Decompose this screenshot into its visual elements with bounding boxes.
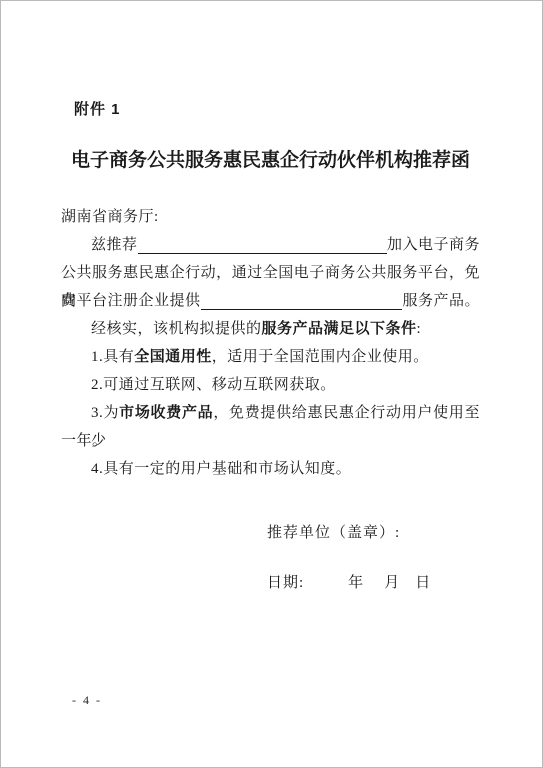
- signature-unit-label: 推荐单位（盖章）:: [267, 519, 400, 547]
- provide-tail-text: 服务产品。: [402, 287, 480, 315]
- condition-item-2: 2.可通过互联网、移动互联网获取。: [61, 371, 480, 399]
- condition-item-3-continuation: 一年。: [61, 427, 480, 455]
- recommend-tail-text: 加入电子商务: [387, 231, 480, 259]
- item1-pre-text: 1.具有: [91, 349, 134, 365]
- date-month-label: 月: [384, 575, 400, 591]
- salutation: 湖南省商务厅:: [61, 203, 480, 231]
- condition-item-1: 1.具有全国通用性，适用于全国范围内企业使用。: [61, 343, 480, 371]
- item1-post-text: ，适用于全国范围内企业使用。: [212, 349, 429, 365]
- document-title: 电子商务公共服务惠民惠企行动伙伴机构推荐函: [61, 147, 480, 175]
- condition-item-3: 3.为市场收费产品，免费提供给惠民惠企行动用户使用至少: [61, 399, 480, 427]
- fill-in-blank-institution: [138, 231, 387, 254]
- document-page: 附件 1 电子商务公共服务惠民惠企行动伙伴机构推荐函 湖南省商务厅: 兹推荐加入…: [0, 0, 543, 768]
- item3-bold-text: 市场收费产品: [119, 404, 213, 421]
- verify-intro-text: 经核实，该机构拟提供的: [91, 321, 262, 337]
- condition-item-4: 4.具有一定的用户基础和市场认知度。: [61, 455, 480, 483]
- paragraph1-line3: 向平台注册企业提供服务产品。: [61, 287, 480, 315]
- paragraph2-intro: 经核实，该机构拟提供的服务产品满足以下条件:: [61, 315, 480, 343]
- page-number: - 4 -: [72, 692, 102, 708]
- paragraph1-line1: 兹推荐加入电子商务: [61, 231, 480, 259]
- conditions-bold-text: 服务产品满足以下条件: [262, 320, 417, 337]
- date-label: 日期:: [267, 575, 304, 591]
- attachment-label: 附件 1: [74, 100, 121, 120]
- recommend-lead-text: 兹推荐: [91, 231, 138, 259]
- fill-in-blank-services: [201, 287, 403, 310]
- paragraph1-line2: 公共服务惠民惠企行动，通过全国电子商务公共服务平台，免费: [61, 259, 480, 287]
- conditions-colon: :: [417, 321, 422, 337]
- document-body: 湖南省商务厅: 兹推荐加入电子商务 公共服务惠民惠企行动，通过全国电子商务公共服…: [61, 203, 480, 483]
- provide-lead-text: 向平台注册企业提供: [61, 287, 201, 315]
- item3-pre-text: 3.为: [91, 405, 119, 421]
- date-line: 日期:年月日: [267, 569, 431, 597]
- date-year-label: 年: [348, 575, 364, 591]
- item1-bold-text: 全国通用性: [134, 348, 212, 365]
- date-day-label: 日: [415, 575, 431, 591]
